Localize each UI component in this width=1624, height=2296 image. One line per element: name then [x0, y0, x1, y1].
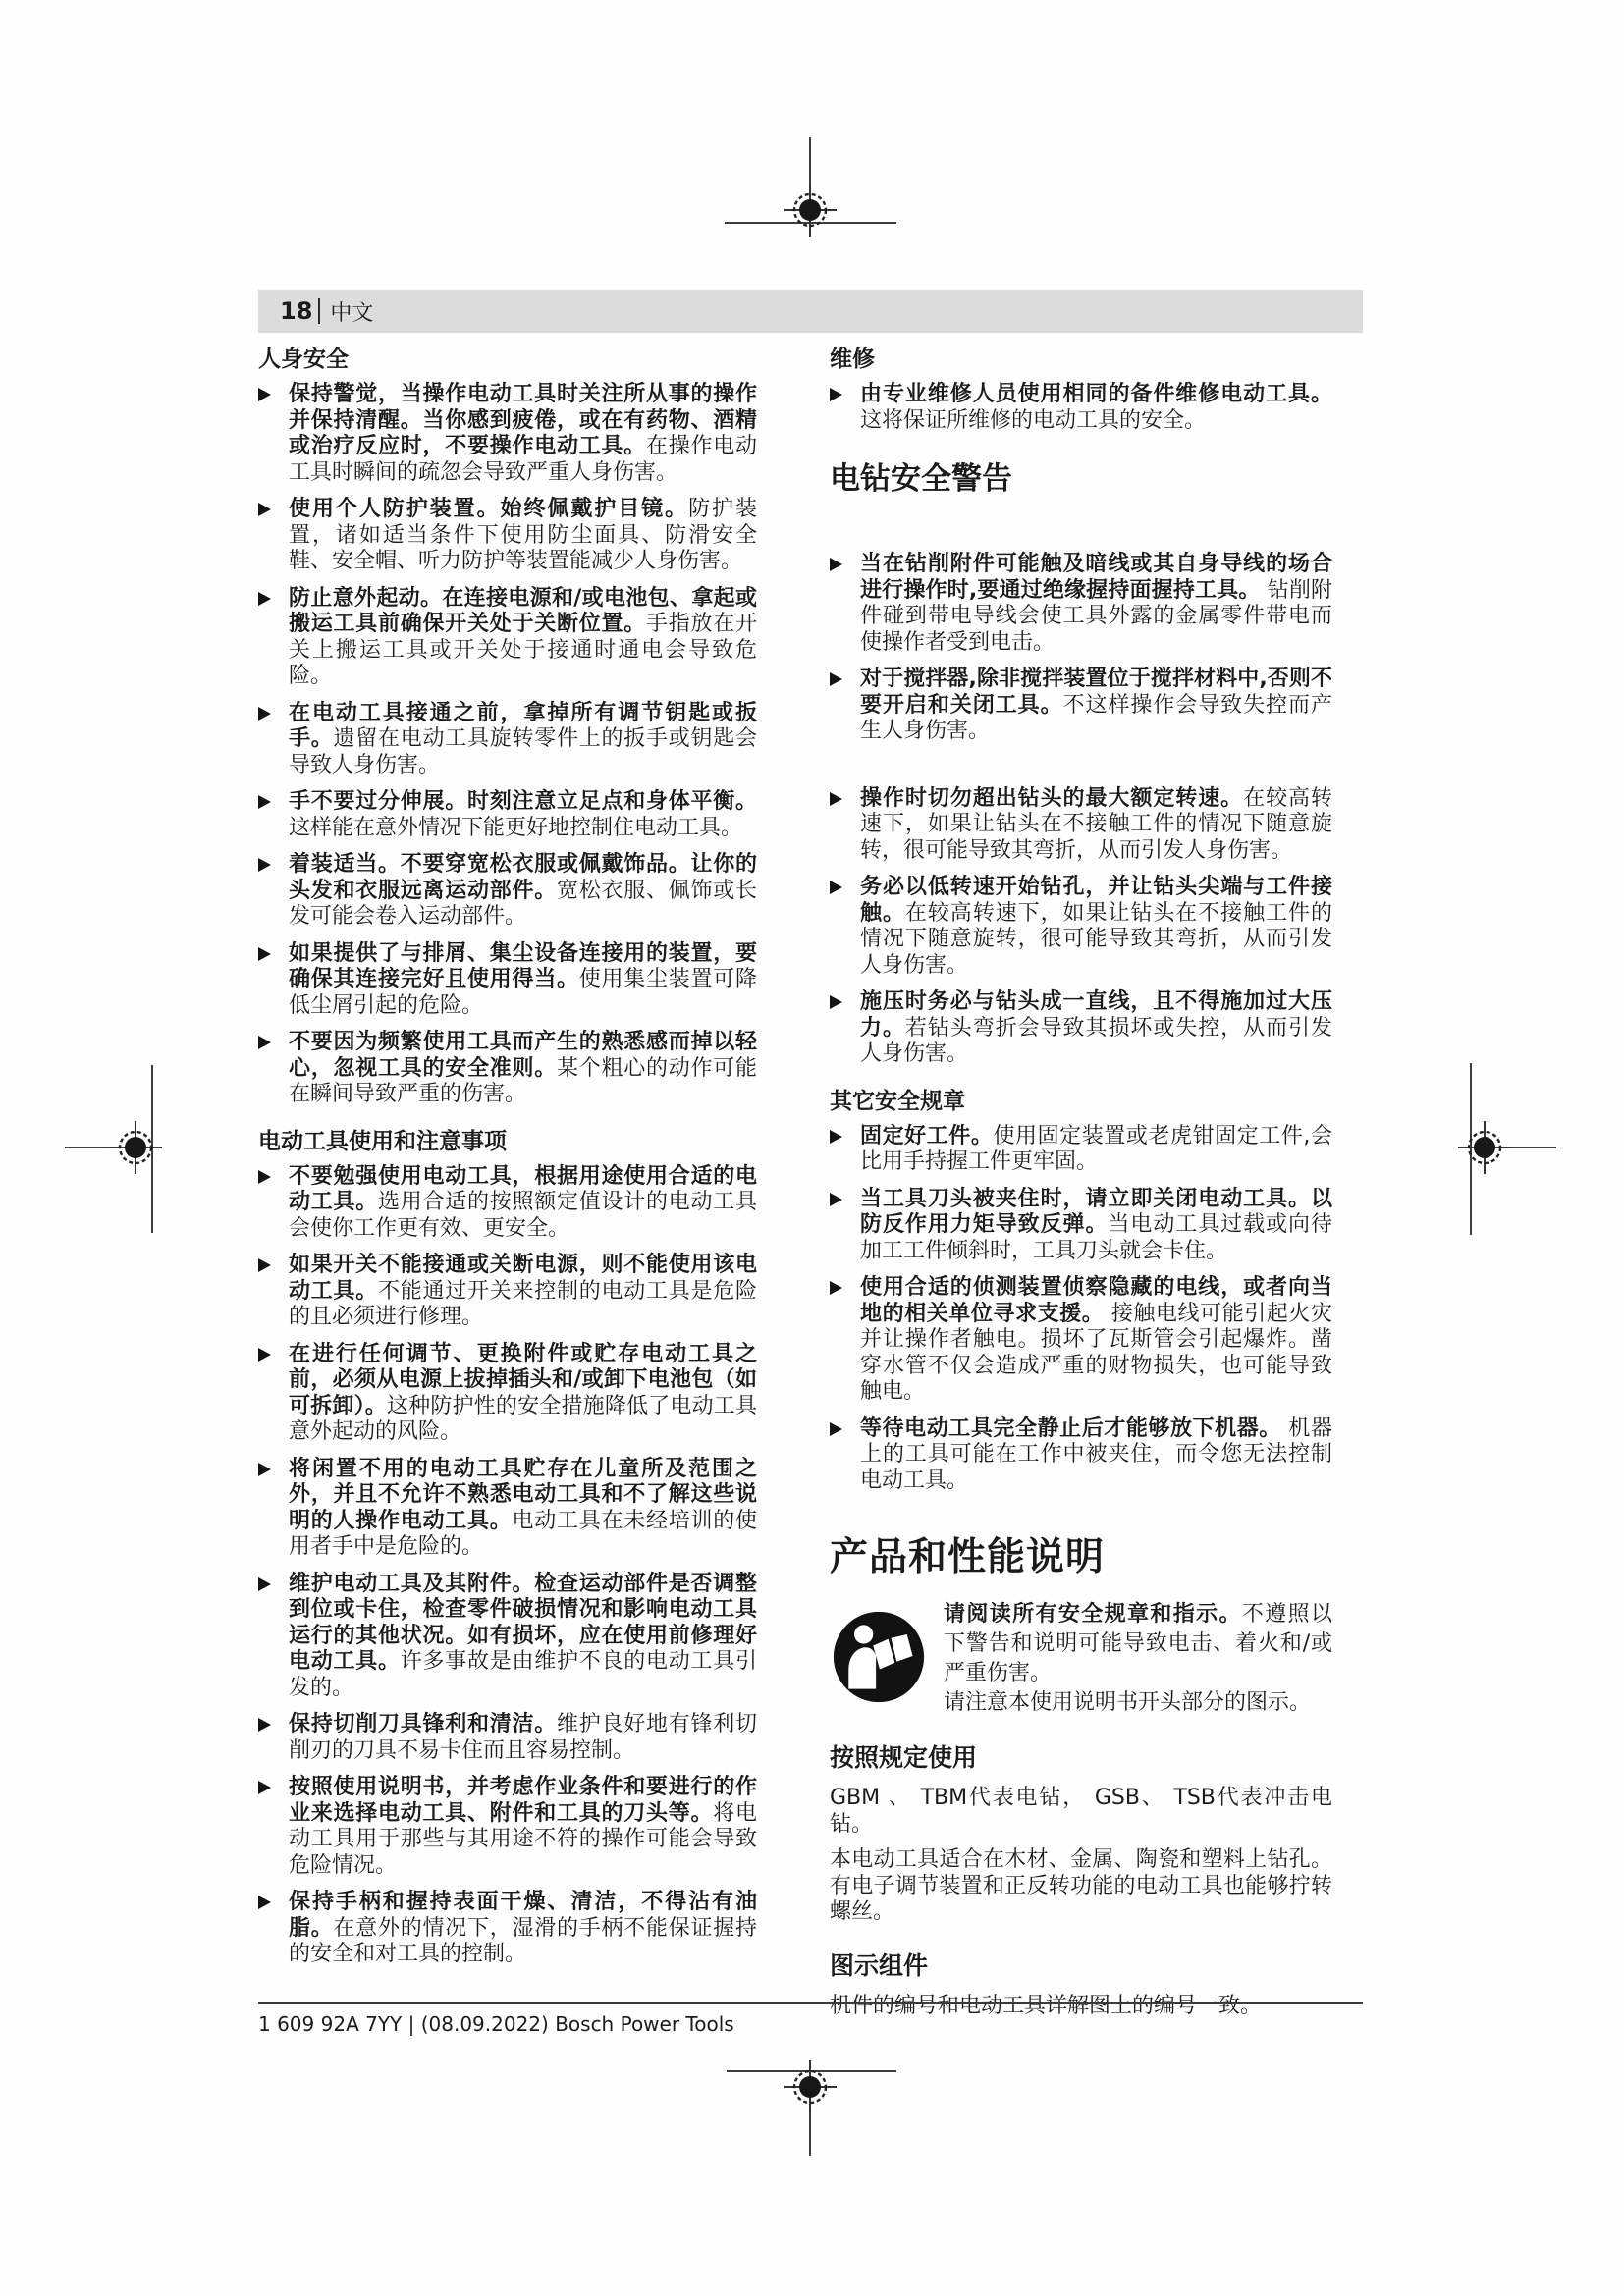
bullet-triangle-icon — [830, 1281, 842, 1295]
bullet-item: 按照使用说明书，并考虑作业条件和要进行的作业来选择电动工具、附件和工具的刀头等。… — [258, 1775, 757, 1879]
language-label: 中文 — [330, 296, 373, 327]
bullet-item: 使用合适的侦测装置侦察隐藏的电线，或者向当地的相关单位寻求支援。 接触电线可能引… — [830, 1275, 1332, 1406]
bullet-triangle-icon — [258, 1463, 271, 1476]
section-title-other-safety: 其它安全规章 — [830, 1088, 1332, 1115]
bullet-triangle-icon — [830, 1422, 842, 1436]
section-title-drill-safety: 电钻安全警告 — [830, 461, 1332, 497]
bullet-triangle-icon — [258, 503, 271, 516]
intended-use-paragraph-2: 本电动工具适合在木材、金属、陶瓷和塑料上钻孔。有电子调节装置和正反转功能的电动工… — [830, 1847, 1332, 1926]
bullet-item: 手不要过分伸展。时刻注意立足点和身体平衡。这样能在意外情况下能更好地控制住电动工… — [258, 789, 757, 841]
bullet-triangle-icon — [830, 995, 842, 1009]
bullet-triangle-icon — [258, 1577, 271, 1591]
section-title-illustrated-components: 图示组件 — [830, 1951, 1332, 1981]
bullet-list-service: 由专业维修人员使用相同的备件维修电动工具。这将保证所维修的电动工具的安全。 — [830, 382, 1332, 434]
bullet-list-drill-safety-b: 操作时切勿超出钻头的最大额定转速。在较高转速下，如果让钻头在不接触工件的情况下随… — [830, 786, 1332, 1068]
bullet-item: 如果提供了与排屑、集尘设备连接用的装置，要确保其连接完好且使用得当。使用集尘装置… — [258, 941, 757, 1020]
bullet-item: 保持手柄和握持表面干燥、清洁，不得沾有油脂。在意外的情况下，湿滑的手柄不能保证握… — [258, 1890, 757, 1968]
bullet-triangle-icon — [830, 1193, 842, 1206]
section-title-product-description: 产品和性能说明 — [830, 1535, 1332, 1580]
bullet-item: 等待电动工具完全静止后才能够放下机器。 机器上的工具可能在工作中被夹住，而令您无… — [830, 1416, 1332, 1495]
section-title-service: 维修 — [830, 346, 1332, 373]
intended-use-paragraph-1: GBM 、 TBM代表电钻， GSB、 TSB代表冲击电钻。 — [830, 1786, 1332, 1838]
notice-figures-line: 请注意本使用说明书开头部分的图示。 — [944, 1688, 1332, 1718]
registration-mark-left — [104, 1116, 167, 1179]
bullet-list-drill-safety-a: 当在钻削附件可能触及暗线或其自身导线的场合进行操作时,要通过绝缘握持面握持工具。… — [830, 552, 1332, 745]
read-manual-icon — [832, 1610, 926, 1704]
bullet-list-personal-safety: 保持警觉，当操作电动工具时关注所从事的操作并保持清醒。当你感到疲倦，或在有药物、… — [258, 382, 757, 1108]
bullet-item: 由专业维修人员使用相同的备件维修电动工具。这将保证所维修的电动工具的安全。 — [830, 382, 1332, 434]
bullet-item: 不要因为频繁使用工具而产生的熟悉感而掉以轻心，忽视工具的安全准则。某个粗心的动作… — [258, 1030, 757, 1108]
bullet-item: 施压时务必与钻头成一直线，且不得施加过大压力。若钻头弯折会导致其损坏或失控，从而… — [830, 989, 1332, 1068]
section-title-intended-use: 按照规定使用 — [830, 1743, 1332, 1773]
bullet-triangle-icon — [830, 672, 842, 686]
bullet-triangle-icon — [258, 1718, 271, 1732]
bullet-item: 防止意外起动。在连接电源和/或电池包、拿起或搬运工具前确保开关处于关断位置。手指… — [258, 586, 757, 690]
bullet-item: 在电动工具接通之前，拿掉所有调节钥匙或扳手。遗留在电动工具旋转零件上的扳手或钥匙… — [258, 701, 757, 779]
footer-text: 1 609 92A 7YY | (08.09.2022) Bosch Power… — [258, 2012, 734, 2036]
bullet-triangle-icon — [258, 1896, 271, 1909]
registration-mark-right — [1453, 1116, 1516, 1179]
bullet-list-tool-use-care: 不要勉强使用电动工具，根据用途使用合适的电动工具。选用合适的按照额定值设计的电动… — [258, 1164, 757, 1968]
bullet-triangle-icon — [830, 388, 842, 401]
bullet-item: 在进行任何调节、更换附件或贮存电动工具之前，必须从电源上拔掉插头和/或卸下电池包… — [258, 1342, 757, 1446]
bullet-triangle-icon — [258, 795, 271, 809]
page-number: 18 — [280, 297, 312, 325]
bullet-item: 不要勉强使用电动工具，根据用途使用合适的电动工具。选用合适的按照额定值设计的电动… — [258, 1164, 757, 1243]
bullet-item: 保持切削刀具锋利和清洁。维护良好地有锋利切削刃的刀具不易卡住而且容易控制。 — [258, 1712, 757, 1764]
bullet-item: 如果开关不能接通或关断电源，则不能使用该电动工具。不能通过开关来控制的电动工具是… — [258, 1253, 757, 1331]
bullet-triangle-icon — [830, 881, 842, 894]
bullet-item: 当工具刀头被夹住时，请立即关闭电动工具。以防反作用力矩导致反弹。当电动工具过载或… — [830, 1187, 1332, 1265]
bullet-triangle-icon — [830, 558, 842, 571]
bullet-triangle-icon — [258, 388, 271, 401]
bullet-item: 固定好工件。使用固定装置或老虎钳固定工件,会比用手持握工件更牢固。 — [830, 1124, 1332, 1176]
bullet-item: 将闲置不用的电动工具贮存在儿童所及范围之外，并且不允许不熟悉电动工具和不了解这些… — [258, 1457, 757, 1561]
bullet-triangle-icon — [258, 1258, 271, 1272]
bullet-triangle-icon — [258, 858, 271, 872]
bullet-item: 着装适当。不要穿宽松衣服或佩戴饰品。让你的头发和衣服远离运动部件。宽松衣服、佩饰… — [258, 852, 757, 931]
bullet-list-other-safety: 固定好工件。使用固定装置或老虎钳固定工件,会比用手持握工件更牢固。当工具刀头被夹… — [830, 1124, 1332, 1495]
registration-mark-top — [779, 179, 841, 241]
bullet-triangle-icon — [258, 707, 271, 721]
bullet-item: 操作时切勿超出钻头的最大额定转速。在较高转速下，如果让钻头在不接触工件的情况下随… — [830, 786, 1332, 865]
left-column: 人身安全 保持警觉，当操作电动工具时关注所从事的操作并保持清醒。当你感到疲倦，或… — [258, 346, 757, 1979]
bullet-item: 当在钻削附件可能触及暗线或其自身导线的场合进行操作时,要通过绝缘握持面握持工具。… — [830, 552, 1332, 656]
right-column: 维修 由专业维修人员使用相同的备件维修电动工具。这将保证所维修的电动工具的安全。… — [830, 346, 1332, 2029]
bullet-item: 对于搅拌器,除非搅拌装置位于搅拌材料中,否则不要开启和关闭工具。不这样操作会导致… — [830, 667, 1332, 745]
bullet-item: 保持警觉，当操作电动工具时关注所从事的操作并保持清醒。当你感到疲倦，或在有药物、… — [258, 382, 757, 486]
bullet-triangle-icon — [830, 792, 842, 806]
bullet-item: 务必以低转速开始钻孔，并让钻头尖端与工件接触。在较高转速下，如果让钻头在不接触工… — [830, 875, 1332, 979]
bullet-triangle-icon — [258, 1036, 271, 1049]
section-title-tool-use-care: 电动工具使用和注意事项 — [258, 1128, 757, 1155]
manual-page: 18 中文 人身安全 保持警觉，当操作电动工具时关注所从事的操作并保持清醒。当你… — [0, 0, 1624, 2296]
header-bar: 18 中文 — [258, 290, 1363, 333]
notice-paragraph: 请阅读所有安全规章和指示。不遵照以下警告和说明可能导致电击、着火和/或严重伤害。 — [944, 1600, 1332, 1688]
bullet-triangle-icon — [258, 1781, 271, 1794]
header-divider — [318, 298, 320, 324]
bullet-triangle-icon — [258, 1348, 271, 1362]
bullet-triangle-icon — [258, 592, 271, 606]
read-manual-notice: 请阅读所有安全规章和指示。不遵照以下警告和说明可能导致电击、着火和/或严重伤害。… — [830, 1600, 1332, 1718]
bullet-item: 维护电动工具及其附件。检查运动部件是否调整到位或卡住，检查零件破损情况和影响电动… — [258, 1572, 757, 1702]
bullet-triangle-icon — [258, 947, 271, 961]
footer-rule — [258, 2002, 1363, 2004]
bullet-triangle-icon — [830, 1130, 842, 1144]
section-title-personal-safety: 人身安全 — [258, 346, 757, 373]
bullet-item: 使用个人防护装置。始终佩戴护目镜。防护装置，诸如适当条件下使用防尘面具、防滑安全… — [258, 497, 757, 575]
registration-mark-bottom — [779, 2056, 841, 2118]
illustrated-components-paragraph: 机件的编号和电动工具详解图上的编号一致。 — [830, 1994, 1332, 2020]
bullet-triangle-icon — [258, 1170, 271, 1184]
read-manual-text: 请阅读所有安全规章和指示。不遵照以下警告和说明可能导致电击、着火和/或严重伤害。… — [944, 1600, 1332, 1718]
